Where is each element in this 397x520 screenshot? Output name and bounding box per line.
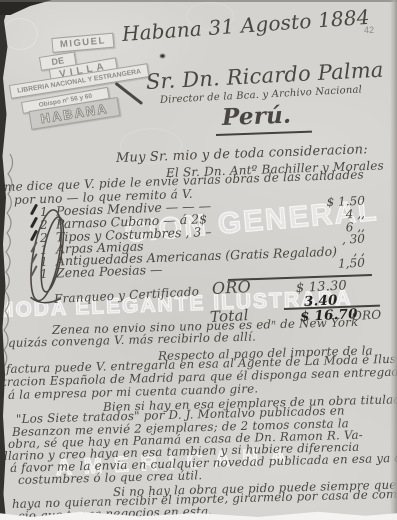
item-price: 1,50 — [338, 256, 365, 271]
scan-right-edge — [390, 0, 397, 520]
subtotal-label: ORO — [212, 277, 252, 298]
scan-top-edge — [0, 0, 397, 2]
scanned-letter-page: CION GENERAL MODA ELEGANTE ILUSTRADA AME… — [0, 0, 397, 520]
item-quantity: 1 — [40, 266, 56, 281]
folio-page-number: 42 — [364, 25, 374, 35]
addressee-place: Perú. — [222, 102, 292, 131]
paper-swirl-ornament — [2, 18, 38, 50]
ink-blot — [160, 54, 165, 58]
